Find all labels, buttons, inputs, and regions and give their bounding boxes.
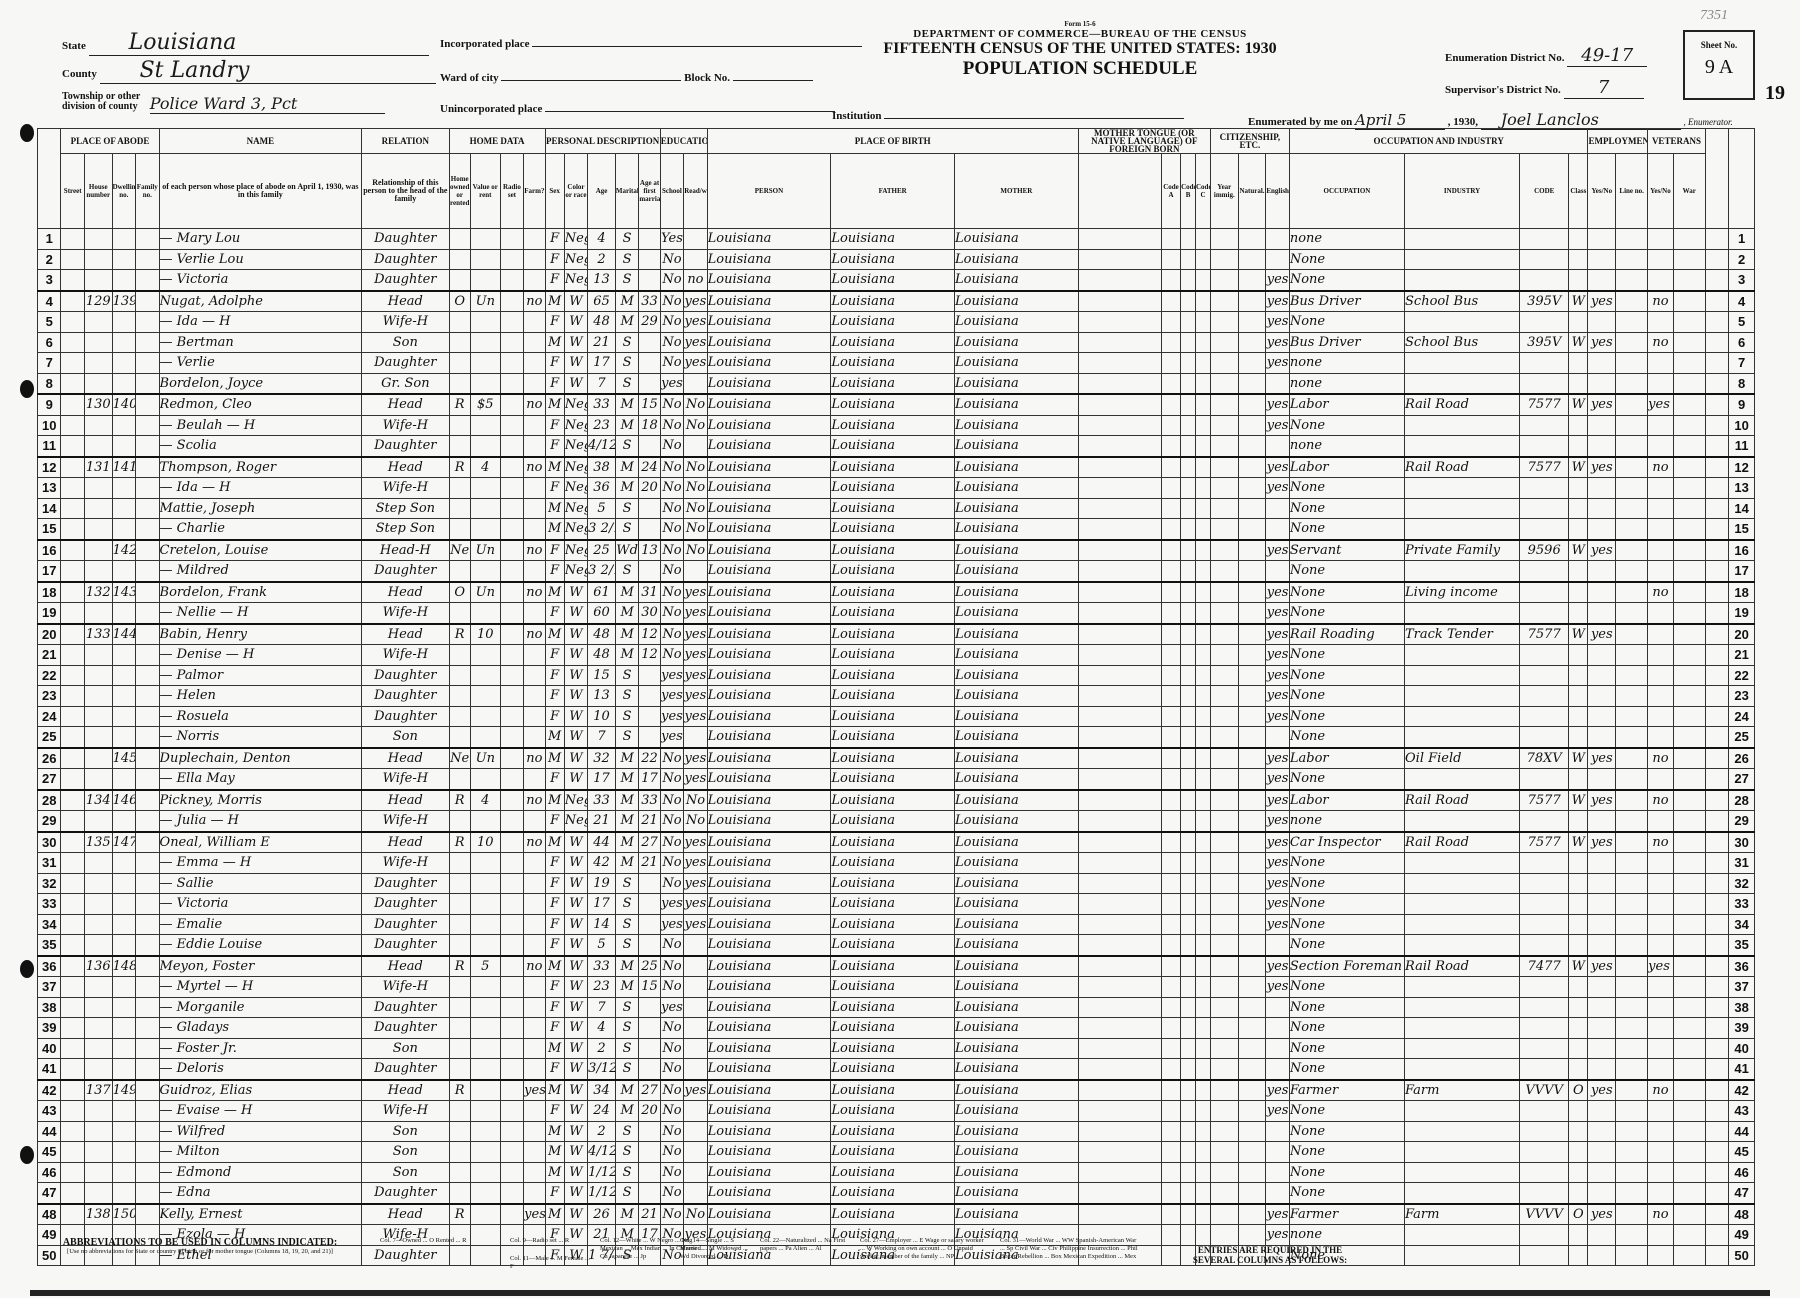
table-row: 13— Ida — HWife-HFNeg36M20NoNoLouisianaL… <box>38 478 1755 499</box>
home-value <box>470 519 500 540</box>
farm-schedule <box>1705 873 1728 894</box>
industry <box>1405 811 1520 832</box>
race: W <box>564 748 587 769</box>
employed <box>1588 353 1616 374</box>
code-c <box>1196 665 1211 686</box>
school: No <box>660 811 683 832</box>
code-a <box>1161 582 1180 603</box>
birthplace-person: Louisiana <box>707 997 831 1018</box>
enumerated-field: Enumerated by me on April 5 , 1930, Joel… <box>1248 110 1733 130</box>
read-write <box>684 1142 707 1163</box>
farm <box>524 229 545 250</box>
code-a <box>1161 561 1180 582</box>
sub-code-c: Code C <box>1196 154 1211 229</box>
read-write: no <box>684 270 707 291</box>
code-c <box>1196 457 1211 478</box>
naturalization <box>1238 270 1266 291</box>
race: W <box>564 1018 587 1039</box>
house-number <box>61 1101 84 1122</box>
dwelling-number <box>84 1059 112 1080</box>
house-number <box>61 312 84 333</box>
language <box>1078 873 1161 894</box>
home-value <box>470 1101 500 1122</box>
family-number <box>112 1018 135 1039</box>
code-c <box>1196 498 1211 519</box>
table-row: 23— HelenDaughterFW13SyesyesLouisianaLou… <box>38 686 1755 707</box>
birthplace-person: Louisiana <box>707 1121 831 1142</box>
farm <box>524 769 545 790</box>
age: 1/12 <box>588 1162 616 1183</box>
code-a <box>1161 1101 1180 1122</box>
radio-set <box>500 312 523 333</box>
year-immigration <box>1210 519 1238 540</box>
class-of-worker <box>1569 373 1588 394</box>
occupation: Rail Roading <box>1289 624 1404 645</box>
occupation-code <box>1520 1018 1569 1039</box>
line-number-right: 41 <box>1729 1059 1755 1080</box>
relation: Step Son <box>362 498 449 519</box>
family-number <box>112 769 135 790</box>
naturalization <box>1238 394 1266 415</box>
year-immigration <box>1210 790 1238 811</box>
speaks-english: yes <box>1266 312 1289 333</box>
code-a <box>1161 373 1180 394</box>
farm: yes <box>524 1080 545 1101</box>
birthplace-mother: Louisiana <box>955 1121 1079 1142</box>
occupation: none <box>1289 436 1404 457</box>
occupation-code <box>1520 561 1569 582</box>
code-c <box>1196 706 1211 727</box>
race: W <box>564 332 587 353</box>
relation: Daughter <box>362 1018 449 1039</box>
language <box>1078 478 1161 499</box>
war <box>1673 686 1705 707</box>
age-first-marriage <box>639 1121 660 1142</box>
naturalization <box>1238 665 1266 686</box>
birthplace-person: Louisiana <box>707 561 831 582</box>
marital-status: S <box>615 1142 638 1163</box>
veteran <box>1648 706 1674 727</box>
industry <box>1405 478 1520 499</box>
class-of-worker <box>1569 561 1588 582</box>
read-write: yes <box>684 624 707 645</box>
code-b <box>1181 332 1196 353</box>
year-immigration <box>1210 1101 1238 1122</box>
read-write: No <box>684 519 707 540</box>
employed: yes <box>1588 540 1616 561</box>
house-number <box>61 1121 84 1142</box>
line-number: 46 <box>38 1162 61 1183</box>
table-row: 2— Verlie LouDaughterFNeg2SNoLouisianaLo… <box>38 249 1755 270</box>
unemployment-line <box>1616 270 1648 291</box>
marital-status: M <box>615 394 638 415</box>
code-c <box>1196 1121 1211 1142</box>
dwelling-number <box>84 997 112 1018</box>
occupation-code: 7577 <box>1520 790 1569 811</box>
war <box>1673 727 1705 748</box>
birthplace-father: Louisiana <box>831 373 955 394</box>
house-number <box>61 291 84 312</box>
school: No <box>660 1204 683 1225</box>
year-immigration <box>1210 498 1238 519</box>
language <box>1078 373 1161 394</box>
sd-label: Supervisor's District No. <box>1445 84 1561 96</box>
school: No <box>660 519 683 540</box>
speaks-english: yes <box>1266 686 1289 707</box>
line-number: 38 <box>38 997 61 1018</box>
language <box>1078 748 1161 769</box>
home-owned: R <box>449 956 470 977</box>
table-row: 15— CharlieStep SonMNeg3 2/12SNoNoLouisi… <box>38 519 1755 540</box>
birthplace-person: Louisiana <box>707 790 831 811</box>
line-number: 42 <box>38 1080 61 1101</box>
marital-status: M <box>615 415 638 436</box>
age: 3 2/12 <box>588 519 616 540</box>
code-b <box>1181 977 1196 998</box>
birthplace-person: Louisiana <box>707 727 831 748</box>
occupation-code <box>1520 894 1569 915</box>
marital-status: S <box>615 332 638 353</box>
age-first-marriage <box>639 1038 660 1059</box>
line-number: 31 <box>38 853 61 874</box>
code-b <box>1181 914 1196 935</box>
unemployment-line <box>1616 832 1648 853</box>
sub-war: War <box>1673 154 1705 229</box>
farm: no <box>524 956 545 977</box>
radio-set <box>500 498 523 519</box>
sex: F <box>545 811 564 832</box>
line-number-right: 18 <box>1729 582 1755 603</box>
home-owned <box>449 353 470 374</box>
code-b <box>1181 790 1196 811</box>
code-b <box>1181 1101 1196 1122</box>
race: W <box>564 291 587 312</box>
relation: Daughter <box>362 914 449 935</box>
war <box>1673 956 1705 977</box>
dwelling-number <box>84 1121 112 1142</box>
farm-schedule <box>1705 249 1728 270</box>
naturalization <box>1238 832 1266 853</box>
marital-status: S <box>615 353 638 374</box>
code-c <box>1196 249 1211 270</box>
line-number: 36 <box>38 956 61 977</box>
incorporated-field: Incorporated place <box>440 38 862 50</box>
language <box>1078 1162 1161 1183</box>
relation: Wife-H <box>362 853 449 874</box>
home-value: 10 <box>470 624 500 645</box>
dwelling-number <box>84 353 112 374</box>
line-number-right: 24 <box>1729 706 1755 727</box>
relation: Daughter <box>362 706 449 727</box>
radio-set <box>500 1204 523 1225</box>
table-row: 8Bordelon, JoyceGr. SonFW7SyesLouisianaL… <box>38 373 1755 394</box>
radio-set <box>500 832 523 853</box>
table-row: 20133144Babin, HenryHeadR10noMW48M12Noye… <box>38 624 1755 645</box>
employed <box>1588 645 1616 666</box>
code-c <box>1196 935 1211 956</box>
employed: yes <box>1588 832 1616 853</box>
naturalization <box>1238 1038 1266 1059</box>
table-row: 5— Ida — HWife-HFW48M29NoyesLouisianaLou… <box>38 312 1755 333</box>
year-immigration <box>1210 415 1238 436</box>
occupation-code: 78XV <box>1520 748 1569 769</box>
year-immigration <box>1210 997 1238 1018</box>
naturalization <box>1238 624 1266 645</box>
house-number <box>61 1018 84 1039</box>
occupation: None <box>1289 270 1404 291</box>
race: W <box>564 665 587 686</box>
farm-schedule <box>1705 498 1728 519</box>
farm-schedule <box>1705 457 1728 478</box>
school: No <box>660 1183 683 1204</box>
birthplace-mother: Louisiana <box>955 665 1079 686</box>
incorporated-value <box>532 46 862 47</box>
naturalization <box>1238 873 1266 894</box>
table-row: 9130140Redmon, CleoHeadR$5noMNeg33M15NoN… <box>38 394 1755 415</box>
relation: Head <box>362 582 449 603</box>
class-of-worker <box>1569 811 1588 832</box>
relation: Daughter <box>362 665 449 686</box>
birthplace-person: Louisiana <box>707 582 831 603</box>
birthplace-person: Louisiana <box>707 811 831 832</box>
class-of-worker <box>1569 312 1588 333</box>
birthplace-mother: Louisiana <box>955 415 1079 436</box>
farm <box>524 1162 545 1183</box>
age: 44 <box>588 832 616 853</box>
language <box>1078 312 1161 333</box>
house-number <box>61 498 84 519</box>
birthplace-father: Louisiana <box>831 603 955 624</box>
family-number: 143 <box>112 582 135 603</box>
class-of-worker: W <box>1569 748 1588 769</box>
race: W <box>564 1080 587 1101</box>
employed: yes <box>1588 748 1616 769</box>
naturalization <box>1238 706 1266 727</box>
home-value <box>470 1038 500 1059</box>
age-first-marriage <box>639 894 660 915</box>
occupation-code <box>1520 1101 1569 1122</box>
family-number <box>112 1121 135 1142</box>
year-immigration <box>1210 665 1238 686</box>
home-owned <box>449 665 470 686</box>
farm <box>524 1142 545 1163</box>
unemployment-line <box>1616 1142 1648 1163</box>
year-immigration <box>1210 1204 1238 1225</box>
line-number: 11 <box>38 436 61 457</box>
birthplace-father: Louisiana <box>831 1018 955 1039</box>
house-number <box>61 1038 84 1059</box>
school: No <box>660 624 683 645</box>
house-number <box>61 1183 84 1204</box>
naturalization <box>1238 1018 1266 1039</box>
employed <box>1588 229 1616 250</box>
line-number: 19 <box>38 603 61 624</box>
radio-set <box>500 873 523 894</box>
home-value: $5 <box>470 394 500 415</box>
birthplace-father: Louisiana <box>831 1038 955 1059</box>
home-value <box>470 1162 500 1183</box>
birthplace-father: Louisiana <box>831 229 955 250</box>
industry: Private Family <box>1405 540 1520 561</box>
naturalization <box>1238 478 1266 499</box>
relation: Daughter <box>362 935 449 956</box>
unemployment-line <box>1616 769 1648 790</box>
occupation: none <box>1289 373 1404 394</box>
war <box>1673 291 1705 312</box>
sub-unemp-line: Line no. <box>1616 154 1648 229</box>
class-of-worker <box>1569 853 1588 874</box>
speaks-english: yes <box>1266 956 1289 977</box>
line-number: 8 <box>38 373 61 394</box>
industry <box>1405 270 1520 291</box>
read-write: No <box>684 415 707 436</box>
industry: Farm <box>1405 1080 1520 1101</box>
blank <box>136 1059 159 1080</box>
farm-schedule <box>1705 1204 1728 1225</box>
class-of-worker <box>1569 1101 1588 1122</box>
radio-set <box>500 1059 523 1080</box>
home-owned <box>449 853 470 874</box>
race: W <box>564 914 587 935</box>
birthplace-father: Louisiana <box>831 956 955 977</box>
family-number: 140 <box>112 394 135 415</box>
school: No <box>660 748 683 769</box>
speaks-english: yes <box>1266 394 1289 415</box>
code-a <box>1161 394 1180 415</box>
family-number <box>112 873 135 894</box>
employed <box>1588 1121 1616 1142</box>
race: Neg <box>564 498 587 519</box>
age: 2 <box>588 1121 616 1142</box>
race: Neg <box>564 270 587 291</box>
family-number: 148 <box>112 956 135 977</box>
code-a <box>1161 624 1180 645</box>
family-number <box>112 706 135 727</box>
code-a <box>1161 332 1180 353</box>
age: 24 <box>588 1101 616 1122</box>
read-write: No <box>684 457 707 478</box>
race: W <box>564 727 587 748</box>
veteran <box>1648 1121 1674 1142</box>
code-b <box>1181 561 1196 582</box>
birthplace-mother: Louisiana <box>955 457 1079 478</box>
home-owned <box>449 332 470 353</box>
speaks-english: yes <box>1266 894 1289 915</box>
occupation: None <box>1289 977 1404 998</box>
code-c <box>1196 394 1211 415</box>
industry <box>1405 353 1520 374</box>
unemployment-line <box>1616 415 1648 436</box>
line-number: 17 <box>38 561 61 582</box>
employed: yes <box>1588 956 1616 977</box>
unemployment-line <box>1616 645 1648 666</box>
birthplace-father: Louisiana <box>831 790 955 811</box>
speaks-english: yes <box>1266 853 1289 874</box>
blank <box>136 519 159 540</box>
naturalization <box>1238 727 1266 748</box>
sex: F <box>545 373 564 394</box>
line-number-right: 6 <box>1729 332 1755 353</box>
veteran <box>1648 540 1674 561</box>
occupation-code <box>1520 1059 1569 1080</box>
code-c <box>1196 373 1211 394</box>
speaks-english <box>1266 249 1289 270</box>
dwelling-number <box>84 645 112 666</box>
radio-set <box>500 706 523 727</box>
naturalization <box>1238 519 1266 540</box>
code-c <box>1196 540 1211 561</box>
school: No <box>660 436 683 457</box>
year-immigration <box>1210 1038 1238 1059</box>
house-number <box>61 935 84 956</box>
marital-status: S <box>615 519 638 540</box>
person-name: — Mildred <box>159 561 362 582</box>
speaks-english: yes <box>1266 624 1289 645</box>
birthplace-person: Louisiana <box>707 873 831 894</box>
speaks-english: yes <box>1266 706 1289 727</box>
home-value <box>470 1080 500 1101</box>
age: 17 <box>588 353 616 374</box>
industry <box>1405 1101 1520 1122</box>
veteran: no <box>1648 332 1674 353</box>
school: No <box>660 1080 683 1101</box>
employed <box>1588 312 1616 333</box>
war <box>1673 373 1705 394</box>
school: No <box>660 457 683 478</box>
speaks-english: yes <box>1266 1204 1289 1225</box>
line-number: 40 <box>38 1038 61 1059</box>
school: No <box>660 270 683 291</box>
blank <box>136 1080 159 1101</box>
industry <box>1405 1121 1520 1142</box>
speaks-english: yes <box>1266 790 1289 811</box>
age-first-marriage: 21 <box>639 811 660 832</box>
radio-set <box>500 540 523 561</box>
industry: School Bus <box>1405 291 1520 312</box>
line-number: 16 <box>38 540 61 561</box>
home-value <box>470 312 500 333</box>
language <box>1078 1183 1161 1204</box>
unincorporated-label: Unincorporated place <box>440 103 542 115</box>
marital-status: M <box>615 977 638 998</box>
house-number <box>61 790 84 811</box>
birthplace-father: Louisiana <box>831 436 955 457</box>
line-number-right: 31 <box>1729 853 1755 874</box>
farm <box>524 1059 545 1080</box>
table-row: 26145Duplechain, DentonHeadNeUnnoMW32M22… <box>38 748 1755 769</box>
language <box>1078 894 1161 915</box>
code-c <box>1196 478 1211 499</box>
ward-field: Ward of city Block No. <box>440 72 813 84</box>
blank <box>136 498 159 519</box>
sex: F <box>545 415 564 436</box>
line-number: 23 <box>38 686 61 707</box>
veteran <box>1648 1162 1674 1183</box>
occupation: None <box>1289 478 1404 499</box>
age: 17 <box>588 769 616 790</box>
home-value <box>470 769 500 790</box>
person-name: — Edmond <box>159 1162 362 1183</box>
home-owned: R <box>449 1080 470 1101</box>
person-name: Guidroz, Elias <box>159 1080 362 1101</box>
family-number <box>112 270 135 291</box>
class-of-worker <box>1569 478 1588 499</box>
col-name: NAME <box>159 129 362 154</box>
blank <box>136 914 159 935</box>
school: No <box>660 1142 683 1163</box>
code-b <box>1181 935 1196 956</box>
farm <box>524 478 545 499</box>
